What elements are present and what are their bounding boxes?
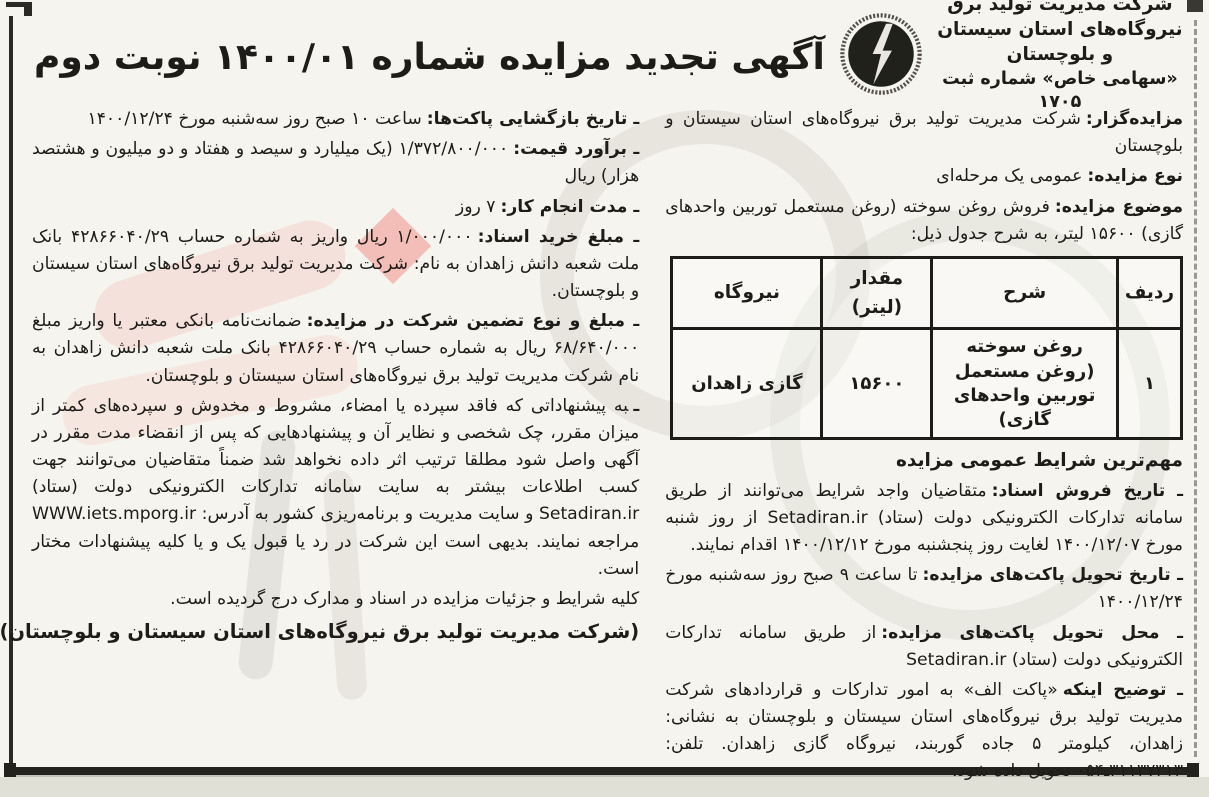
header-description: شرح: [932, 257, 1117, 328]
table-header-row: ردیف شرح مقدار (لیتر) نیروگاه: [672, 257, 1182, 328]
column-left: ـ تاریخ بازگشایی پاکت‌ها:ساعت ۱۰ صبح روز…: [26, 106, 639, 789]
frame-corner-top-right: [1187, 0, 1203, 12]
envelope-delivery-place-clause: ـ محل تحویل پاکت‌های مزایده:از طریق ساما…: [665, 620, 1183, 674]
power-company-logo-icon: [839, 11, 923, 97]
clause-label: ـ تاریخ فروش اسناد:: [992, 481, 1183, 501]
tender-holder-clause: مزایده‌گزار:شرکت مدیریت تولید برق نیروگا…: [665, 106, 1183, 160]
header-amount: مقدار (لیتر): [822, 257, 932, 328]
envelope-delivery-date-clause: ـ تاریخ تحویل پاکت‌های مزایده:تا ساعت ۹ …: [665, 562, 1183, 616]
column-right: مزایده‌گزار:شرکت مدیریت تولید برق نیروگا…: [665, 106, 1183, 789]
clause-text: کلیه شرایط و جزئیات مزایده در اسناد و مد…: [170, 589, 639, 609]
clause-text: به پیشنهاداتی که فاقد سپرده یا امضاء، مش…: [32, 396, 639, 579]
cell-row-number: ۱: [1117, 329, 1181, 439]
envelope-a-note-clause: ـ توضیح اینکه«پاکت الف» به امور تدارکات …: [665, 677, 1183, 786]
clause-label: ـ توضیح اینکه: [1063, 680, 1183, 700]
ad-header: شرکت مدیریت تولید برق نیروگاه‌های استان …: [26, 6, 1183, 102]
tender-type-clause: نوع مزایده:عمومی یک مرحله‌ای: [665, 163, 1183, 190]
frame-left-rule: [9, 16, 13, 765]
clause-label: موضوع مزایده:: [1055, 197, 1183, 217]
header-row-number: ردیف: [1117, 257, 1181, 328]
clause-label: ـ: [633, 396, 639, 416]
general-conditions-heading: مهم‌ترین شرایط عمومی مزایده: [665, 446, 1183, 475]
cell-amount: ۱۵۶۰۰: [822, 329, 932, 439]
clause-label: ـ تاریخ تحویل پاکت‌های مزایده:: [923, 565, 1183, 585]
ad-body: مزایده‌گزار:شرکت مدیریت تولید برق نیروگا…: [26, 106, 1183, 789]
price-estimate-clause: ـ برآورد قیمت:۱/۳۷۲/۸۰۰/۰۰۰ (یک میلیارد …: [32, 136, 639, 190]
header-plant: نیروگاه: [672, 257, 822, 328]
guarantee-clause: ـ مبلغ و نوع تضمین شرکت در مزایده:ضمانت‌…: [32, 308, 639, 390]
details-in-documents-clause: کلیه شرایط و جزئیات مزایده در اسناد و مد…: [32, 586, 639, 613]
clause-text: ساعت ۱۰ صبح روز سه‌شنبه مورخ ۱۴۰۰/۱۲/۲۴: [87, 109, 421, 129]
frame-right-rule: [1194, 20, 1197, 757]
cell-plant: گازی زاهدان: [672, 329, 822, 439]
company-name-line1: شرکت مدیریت تولید برق: [937, 0, 1183, 18]
lots-table: ردیف شرح مقدار (لیتر) نیروگاه ۱ روغن سوخ…: [670, 256, 1183, 441]
clause-label: مزایده‌گزار:: [1086, 109, 1183, 129]
clause-label: ـ برآورد قیمت:: [513, 139, 639, 159]
clause-label: ـ مبلغ خرید اسناد:: [478, 227, 640, 247]
tender-subject-clause: موضوع مزایده:فروش روغن سوخته (روغن مستعم…: [665, 194, 1183, 248]
newspaper-tender-ad: شرکت مدیریت تولید برق نیروگاه‌های استان …: [0, 0, 1209, 797]
clause-text: عمومی یک مرحله‌ای: [936, 166, 1082, 186]
clause-label: ـ محل تحویل پاکت‌های مزایده:: [881, 623, 1183, 643]
document-price-clause: ـ مبلغ خرید اسناد:۱/۰۰۰/۰۰۰ ریال واریز ب…: [32, 224, 639, 306]
work-duration-clause: ـ مدت انجام کار:۷ روز: [32, 194, 639, 221]
rejection-rules-clause: ـبه پیشنهاداتی که فاقد سپرده یا امضاء، م…: [32, 393, 639, 583]
clause-label: ـ مبلغ و نوع تضمین شرکت در مزایده:: [307, 311, 640, 331]
cell-description: روغن سوخته (روغن مستعمل توربین واحدهای گ…: [932, 329, 1117, 439]
opening-date-clause: ـ تاریخ بازگشایی پاکت‌ها:ساعت ۱۰ صبح روز…: [32, 106, 639, 133]
table-row: ۱ روغن سوخته (روغن مستعمل توربین واحدهای…: [672, 329, 1182, 439]
ad-title: آگهی تجدید مزایده شماره ۱۴۰۰/۰۱ نوبت دوم: [26, 31, 825, 78]
clause-label: ـ تاریخ بازگشایی پاکت‌ها:: [427, 109, 639, 129]
clause-label: نوع مزایده:: [1087, 166, 1183, 186]
clause-label: ـ مدت انجام کار:: [501, 197, 640, 217]
doc-sale-date-clause: ـ تاریخ فروش اسناد:متقاضیان واجد شرایط م…: [665, 478, 1183, 560]
clause-text: ۷ روز: [456, 197, 496, 217]
company-signature: (شرکت مدیریت تولید برق نیروگاه‌های استان…: [32, 617, 639, 648]
company-name-block: شرکت مدیریت تولید برق نیروگاه‌های استان …: [937, 0, 1183, 115]
company-name-line2: نیروگاه‌های استان سیستان و بلوچستان: [937, 18, 1183, 68]
